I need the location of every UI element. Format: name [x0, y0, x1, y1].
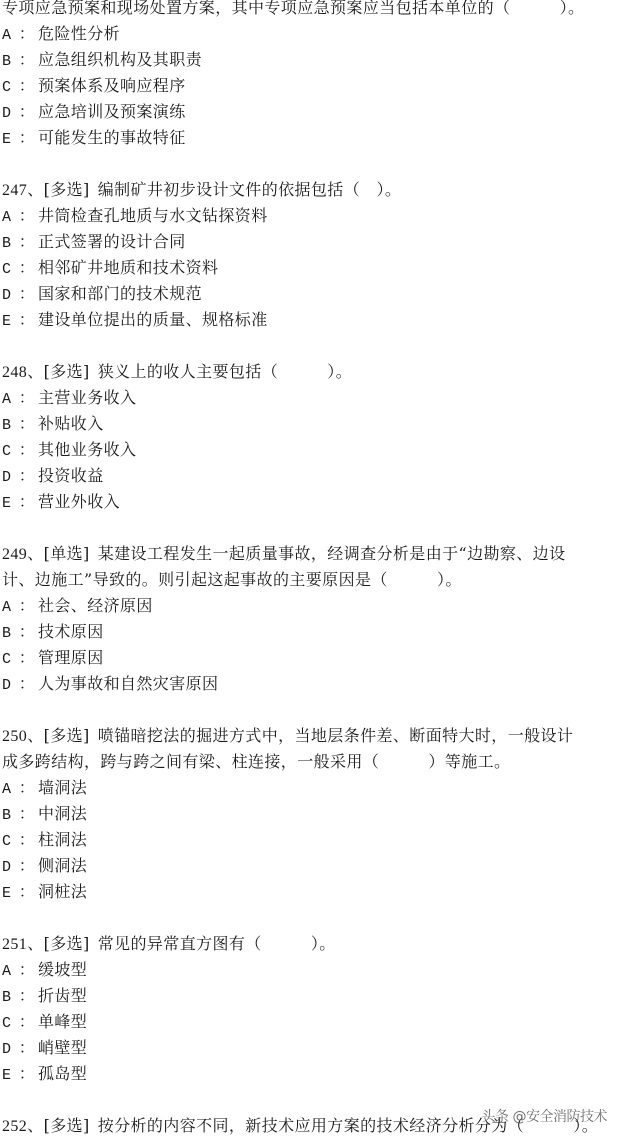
question-stem: 251、[多选]常见的异常直方图有（ ）。: [2, 931, 617, 957]
question-stem-continued: 计、边施工”导致的。则引起这起事故的主要原因是（ ）。: [2, 567, 617, 593]
question-type: [单选]: [44, 544, 90, 563]
question-number: 249、: [2, 546, 44, 563]
option-a: A：社会、经济原因: [2, 593, 617, 619]
question-block-250: 250、[多选]喷锚暗挖法的掘进方式中，当地层条件差、断面特大时，一般设计 成多…: [2, 723, 617, 905]
question-stem: 250、[多选]喷锚暗挖法的掘进方式中，当地层条件差、断面特大时，一般设计: [2, 723, 617, 749]
option-e: E：孤岛型: [2, 1061, 617, 1087]
option-c: C：相邻矿井地质和技术资料: [2, 255, 617, 281]
option-c: C：管理原因: [2, 645, 617, 671]
option-c: C：预案体系及响应程序: [2, 73, 617, 99]
question-type: [多选]: [44, 934, 90, 953]
option-e: E：营业外收入: [2, 489, 617, 515]
question-number: 250、: [2, 728, 44, 745]
option-b: B：正式签署的设计合同: [2, 229, 617, 255]
question-number: 248、: [2, 364, 44, 381]
option-d: D：侧洞法: [2, 853, 617, 879]
option-a: A：墙洞法: [2, 775, 617, 801]
question-number: 252、: [2, 1118, 44, 1135]
question-number: 247、: [2, 182, 44, 199]
question-block-247: 247、[多选]编制矿井初步设计文件的依据包括（ ）。 A：井筒检查孔地质与水文…: [2, 177, 617, 333]
option-a: A：主营业务收入: [2, 385, 617, 411]
question-type: [多选]: [44, 1116, 90, 1135]
document-page: 专项应急预案和现场处置方案，其中专项应急预案应当包括本单位的（ ）。 A：危险性…: [2, 0, 617, 1136]
option-a: A：井筒检查孔地质与水文钻探资料: [2, 203, 617, 229]
question-stem: 249、[单选]某建设工程发生一起质量事故，经调查分析是由于“边勘察、边设: [2, 541, 617, 567]
spacer: [2, 697, 617, 723]
spacer: [2, 333, 617, 359]
question-stem: 248、[多选]狭义上的收人主要包括（ ）。: [2, 359, 617, 385]
option-a: A：缓坡型: [2, 957, 617, 983]
option-b: B：补贴收入: [2, 411, 617, 437]
option-e: E：建设单位提出的质量、规格标准: [2, 307, 617, 333]
question-block-251: 251、[多选]常见的异常直方图有（ ）。 A：缓坡型 B：折齿型 C：单峰型 …: [2, 931, 617, 1087]
option-e: E：洞桩法: [2, 879, 617, 905]
option-d: D：投资收益: [2, 463, 617, 489]
option-c: C：柱洞法: [2, 827, 617, 853]
question-stem: 247、[多选]编制矿井初步设计文件的依据包括（ ）。: [2, 177, 617, 203]
question-type: [多选]: [44, 180, 90, 199]
question-type: [多选]: [44, 362, 90, 381]
question-number: 251、: [2, 936, 44, 953]
question-block-249: 249、[单选]某建设工程发生一起质量事故，经调查分析是由于“边勘察、边设 计、…: [2, 541, 617, 697]
question-stem-continued: 成多跨结构，跨与跨之间有梁、柱连接，一般采用（ ）等施工。: [2, 749, 617, 775]
spacer: [2, 905, 617, 931]
option-d: D：应急培训及预案演练: [2, 99, 617, 125]
spacer: [2, 515, 617, 541]
spacer: [2, 151, 617, 177]
option-d: D：峭壁型: [2, 1035, 617, 1061]
question-type: [多选]: [44, 726, 90, 745]
option-c: C：其他业务收入: [2, 437, 617, 463]
question-block-248: 248、[多选]狭义上的收人主要包括（ ）。 A：主营业务收入 B：补贴收入 C…: [2, 359, 617, 515]
option-b: B：折齿型: [2, 983, 617, 1009]
option-b: B：技术原因: [2, 619, 617, 645]
watermark: 头条 @安全消防技术: [482, 1106, 607, 1126]
option-d: D：国家和部门的技术规范: [2, 281, 617, 307]
question-stem: 专项应急预案和现场处置方案，其中专项应急预案应当包括本单位的（ ）。: [2, 0, 617, 21]
option-c: C：单峰型: [2, 1009, 617, 1035]
option-b: B：中洞法: [2, 801, 617, 827]
option-a: A：危险性分析: [2, 21, 617, 47]
option-e: E：可能发生的事故特征: [2, 125, 617, 151]
question-block-intro: 专项应急预案和现场处置方案，其中专项应急预案应当包括本单位的（ ）。 A：危险性…: [2, 0, 617, 151]
option-d: D：人为事故和自然灾害原因: [2, 671, 617, 697]
option-b: B：应急组织机构及其职责: [2, 47, 617, 73]
